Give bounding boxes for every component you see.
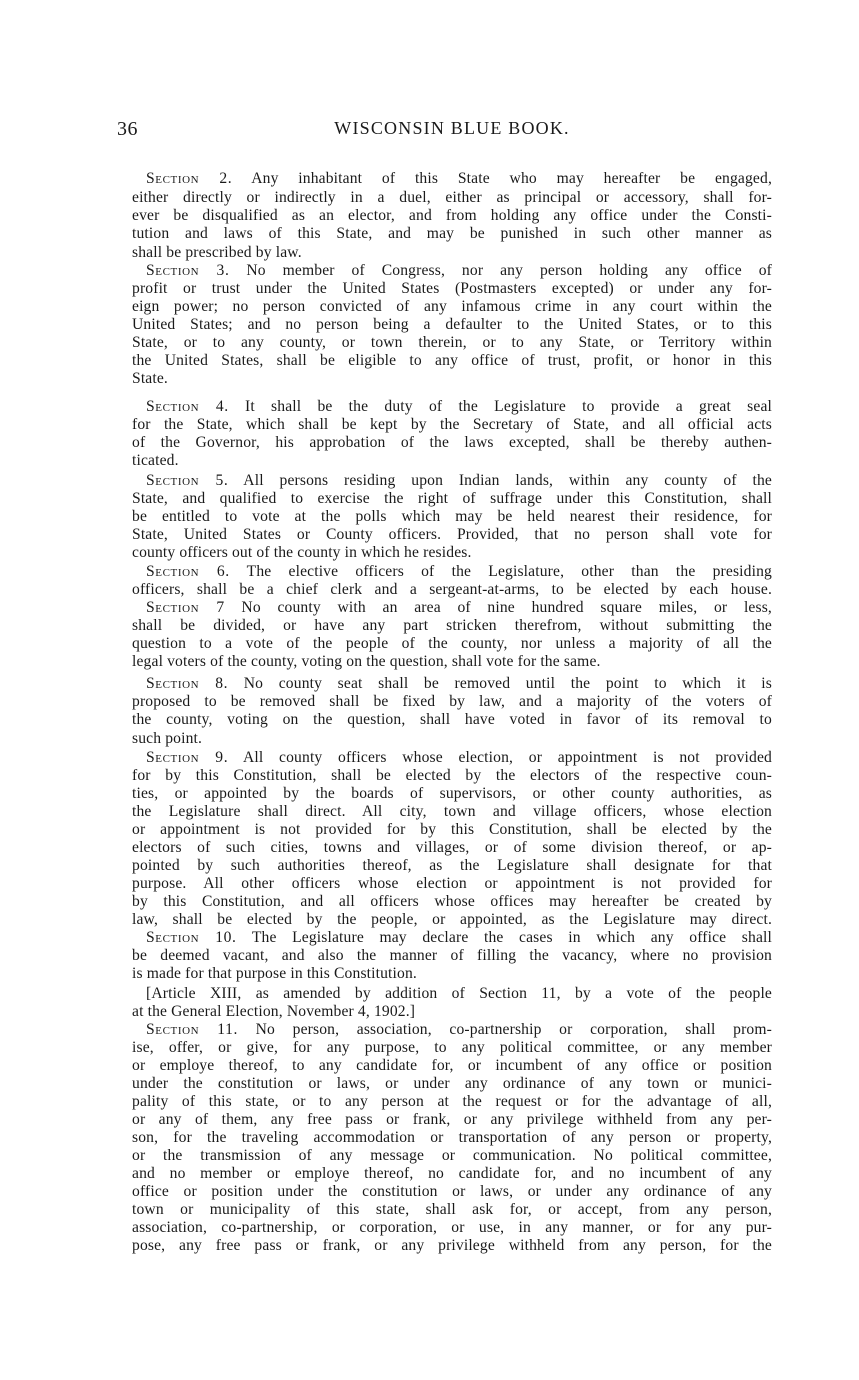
- line-text: or the transmission of any message or co…: [132, 1147, 772, 1164]
- text-line: such point.: [132, 730, 772, 748]
- text-line: county officers out of the county in whi…: [132, 544, 772, 562]
- section-label: Section 5.: [146, 472, 228, 489]
- text-line: pality of this state, or to any person a…: [132, 1093, 772, 1111]
- line-text: The elective officers of the Legislature…: [230, 563, 772, 580]
- section-label: Section 10.: [146, 929, 237, 946]
- section-start-line: Section 4. It shall be the duty of the L…: [132, 398, 772, 416]
- line-text: Any inhabitant of this State who may her…: [232, 170, 772, 187]
- section-start-line: Section 5. All persons residing upon Ind…: [132, 472, 772, 490]
- text-line: of the Governor, his approbation of the …: [132, 434, 772, 452]
- section-start-line: Section 2. Any inhabitant of this State …: [132, 170, 772, 188]
- line-text: be deemed vacant, and also the manner of…: [132, 947, 772, 964]
- line-text: State.: [132, 370, 168, 387]
- text-line: ties, or appointed by the boards of supe…: [132, 785, 772, 803]
- text-line: proposed to be removed shall be fixed by…: [132, 693, 772, 711]
- section-start-line: Section 9. All county officers whose ele…: [132, 749, 772, 767]
- text-line: or employe thereof, to any candidate for…: [132, 1057, 772, 1075]
- text-line: by this Constitution, and all officers w…: [132, 893, 772, 911]
- line-text: eign power; no person convicted of any i…: [132, 298, 772, 315]
- line-text: of the Governor, his approbation of the …: [132, 434, 772, 451]
- text-line: pointed by such authorities thereof, as …: [132, 857, 772, 875]
- text-line: [Article XIII, as amended by addition of…: [132, 985, 772, 1003]
- text-line: or any of them, any free pass or frank, …: [132, 1111, 772, 1129]
- text-line: electors of such cities, towns and villa…: [132, 839, 772, 857]
- text-line: law, shall be elected by the people, or …: [132, 911, 772, 929]
- line-text: shall be divided, or have any part stric…: [132, 617, 772, 634]
- line-text: or appointment is not provided for by th…: [132, 821, 772, 838]
- text-line: question to a vote of the people of the …: [132, 635, 772, 653]
- text-line: ticated.: [132, 452, 772, 470]
- text-line: is made for that purpose in this Constit…: [132, 965, 772, 983]
- line-text: All persons residing upon Indian lands, …: [228, 472, 772, 489]
- line-text: profit or trust under the United States …: [132, 280, 772, 297]
- line-text: or employe thereof, to any candidate for…: [132, 1057, 772, 1074]
- section-label: Section 6.: [146, 563, 230, 580]
- line-text: electors of such cities, towns and villa…: [132, 839, 772, 856]
- text-line: for the State, which shall be kept by th…: [132, 416, 772, 434]
- section-label: Section 2.: [146, 170, 232, 187]
- text-line: legal voters of the county, voting on th…: [132, 653, 772, 671]
- text-line: be entitled to vote at the polls which m…: [132, 508, 772, 526]
- text-line: the Legislature shall direct. All city, …: [132, 803, 772, 821]
- line-text: ever be disqualified as an elector, and …: [132, 207, 772, 224]
- line-text: legal voters of the county, voting on th…: [132, 653, 601, 670]
- line-text: No county seat shall be removed until th…: [228, 675, 772, 692]
- line-text: by this Constitution, and all officers w…: [132, 893, 772, 910]
- line-text: All county officers whose election, or a…: [228, 749, 772, 766]
- line-text: county officers out of the county in whi…: [132, 544, 472, 561]
- line-text: either directly or indirectly in a duel,…: [132, 189, 772, 206]
- section-label: Section 7: [146, 599, 225, 616]
- line-text: the Legislature shall direct. All city, …: [132, 803, 772, 820]
- text-line: pose, any free pass or frank, or any pri…: [132, 1237, 772, 1255]
- running-title: WISCONSIN BLUE BOOK.: [117, 118, 767, 139]
- line-text: officers, shall be a chief clerk and a s…: [132, 581, 772, 598]
- line-text: the county, voting on the question, shal…: [132, 711, 772, 728]
- line-text: association, co-partnership, or corporat…: [132, 1219, 772, 1236]
- text-line: either directly or indirectly in a duel,…: [132, 189, 772, 207]
- text-line: ise, offer, or give, for any purpose, to…: [132, 1039, 772, 1057]
- line-text: No member of Congress, nor any person ho…: [229, 262, 772, 279]
- text-line: officers, shall be a chief clerk and a s…: [132, 581, 772, 599]
- text-line: office or position under the constitutio…: [132, 1183, 772, 1201]
- line-text: ise, offer, or give, for any purpose, to…: [132, 1039, 772, 1056]
- text-line: at the General Election, November 4, 190…: [132, 1003, 772, 1021]
- text-line: for by this Constitution, shall be elect…: [132, 767, 772, 785]
- line-text: pose, any free pass or frank, or any pri…: [132, 1237, 772, 1254]
- line-text: United States; and no person being a def…: [132, 316, 772, 333]
- text-line: be deemed vacant, and also the manner of…: [132, 947, 772, 965]
- line-text: be entitled to vote at the polls which m…: [132, 508, 772, 525]
- section-label: Section 9.: [146, 749, 228, 766]
- text-line: profit or trust under the United States …: [132, 280, 772, 298]
- line-text: town or municipality of this state, shal…: [132, 1201, 772, 1218]
- text-line: under the constitution or laws, or under…: [132, 1075, 772, 1093]
- section-label: Section 11.: [146, 1021, 238, 1038]
- line-text: for by this Constitution, shall be elect…: [132, 767, 772, 784]
- section-label: Section 3.: [146, 262, 229, 279]
- line-text: such point.: [132, 730, 202, 747]
- text-line: State, and qualified to exercise the rig…: [132, 490, 772, 508]
- line-text: son, for the traveling accommodation or …: [132, 1129, 772, 1146]
- section-start-line: Section 10. The Legislature may declare …: [132, 929, 772, 947]
- section-start-line: Section 7 No county with an area of nine…: [132, 599, 772, 617]
- text-line: purpose. All other officers whose electi…: [132, 875, 772, 893]
- line-text: or any of them, any free pass or frank, …: [132, 1111, 772, 1128]
- text-line: eign power; no person convicted of any i…: [132, 298, 772, 316]
- line-text: and no member or employe thereof, no can…: [132, 1165, 772, 1182]
- section-start-line: Section 3. No member of Congress, nor an…: [132, 262, 772, 280]
- text-line: State, or to any county, or town therein…: [132, 334, 772, 352]
- line-text: pointed by such authorities thereof, as …: [132, 857, 772, 874]
- section-start-line: Section 8. No county seat shall be remov…: [132, 675, 772, 693]
- text-line: son, for the traveling accommodation or …: [132, 1129, 772, 1147]
- section-label: Section 8.: [146, 675, 228, 692]
- line-text: shall be prescribed by law.: [132, 244, 302, 261]
- text-line: ever be disqualified as an elector, and …: [132, 207, 772, 225]
- text-line: the county, voting on the question, shal…: [132, 711, 772, 729]
- line-text: The Legislature may declare the cases in…: [237, 929, 772, 946]
- line-text: pality of this state, or to any person a…: [132, 1093, 772, 1110]
- line-text: No person, association, co-partnership o…: [238, 1021, 772, 1038]
- text-line: or the transmission of any message or co…: [132, 1147, 772, 1165]
- text-line: the United States, shall be eligible to …: [132, 352, 772, 370]
- text-line: and no member or employe thereof, no can…: [132, 1165, 772, 1183]
- text-line: United States; and no person being a def…: [132, 316, 772, 334]
- section-start-line: Section 11. No person, association, co-p…: [132, 1021, 772, 1039]
- line-text: State, or to any county, or town therein…: [132, 334, 772, 351]
- line-text: proposed to be removed shall be fixed by…: [132, 693, 772, 710]
- line-text: tution and laws of this State, and may b…: [132, 225, 772, 242]
- section-start-line: Section 6. The elective officers of the …: [132, 563, 772, 581]
- line-text: It shall be the duty of the Legislature …: [229, 398, 772, 415]
- line-text: No county with an area of nine hundred s…: [225, 599, 772, 616]
- line-text: law, shall be elected by the people, or …: [132, 911, 772, 928]
- text-line: State.: [132, 370, 772, 388]
- line-text: is made for that purpose in this Constit…: [132, 965, 417, 982]
- line-text: [Article XIII, as amended by addition of…: [146, 985, 772, 1002]
- line-text: ticated.: [132, 452, 179, 469]
- section-label: Section 4.: [146, 398, 229, 415]
- line-text: under the constitution or laws, or under…: [132, 1075, 772, 1092]
- line-text: at the General Election, November 4, 190…: [132, 1003, 415, 1020]
- text-line: shall be prescribed by law.: [132, 244, 772, 262]
- text-line: association, co-partnership, or corporat…: [132, 1219, 772, 1237]
- line-text: ties, or appointed by the boards of supe…: [132, 785, 772, 802]
- text-line: town or municipality of this state, shal…: [132, 1201, 772, 1219]
- line-text: purpose. All other officers whose electi…: [132, 875, 772, 892]
- text-line: shall be divided, or have any part stric…: [132, 617, 772, 635]
- text-line: State, United States or County officers.…: [132, 526, 772, 544]
- line-text: the United States, shall be eligible to …: [132, 352, 772, 369]
- line-text: for the State, which shall be kept by th…: [132, 416, 772, 433]
- line-text: office or position under the constitutio…: [132, 1183, 772, 1200]
- page-header: 36 WISCONSIN BLUE BOOK.: [117, 118, 767, 142]
- text-line: or appointment is not provided for by th…: [132, 821, 772, 839]
- line-text: State, United States or County officers.…: [132, 526, 772, 543]
- line-text: question to a vote of the people of the …: [132, 635, 772, 652]
- line-text: State, and qualified to exercise the rig…: [132, 490, 772, 507]
- text-line: tution and laws of this State, and may b…: [132, 225, 772, 243]
